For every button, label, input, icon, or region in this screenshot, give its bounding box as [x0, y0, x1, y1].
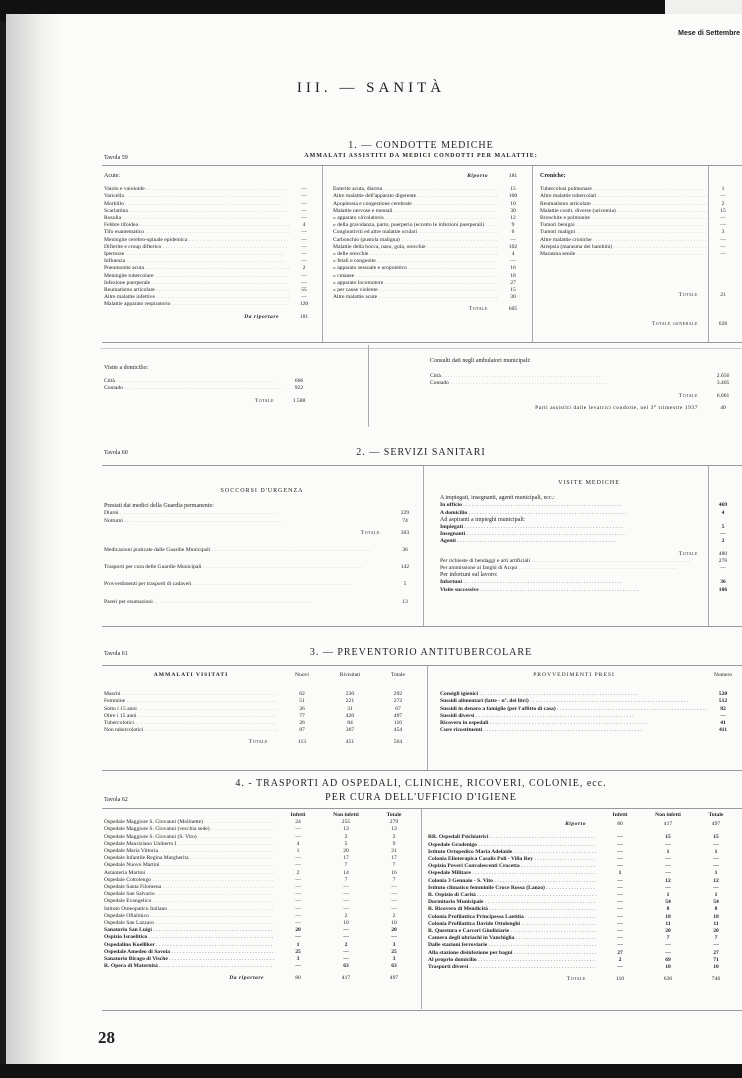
row-value: 9 — [498, 222, 528, 229]
total-value: 1.588 — [284, 398, 314, 405]
row-value: 5 — [708, 524, 738, 531]
row-label: Ospedale Militare — [428, 870, 596, 877]
total-row: Totale21 — [540, 292, 738, 299]
table-row: Maschi62230292 — [104, 691, 422, 698]
row-value: — — [708, 215, 738, 222]
table-row: Malattie apparato respiratorio120 — [104, 301, 319, 308]
emergency-aid: SOCCORSI D'URGENZAPrestati dai medici de… — [104, 488, 420, 606]
table-row: Sussidi alimentari (latte - nº. dei litr… — [440, 698, 738, 705]
row-value: — — [644, 870, 692, 877]
row-value: 62 — [278, 691, 326, 698]
row-value: — — [322, 956, 370, 963]
row-value: — — [596, 878, 644, 885]
row-value: 24 — [274, 819, 322, 826]
row-value: 7 — [322, 877, 370, 884]
table-row: Tumori maligni3 — [540, 229, 738, 236]
row-value: 10 — [644, 964, 692, 971]
row-value: 3 — [274, 956, 322, 963]
row-value: 469 — [708, 502, 738, 509]
table-row: Ospedale Maggiore S. Giovanni (S. Vito)—… — [104, 834, 418, 841]
row-value: 20 — [370, 927, 418, 934]
row-label: Ospedale Maggiore S. Giovanni (Molinette… — [104, 819, 274, 826]
row-value: 27 — [692, 950, 740, 957]
row-label: Diurni — [104, 510, 390, 517]
row-value: — — [596, 863, 644, 870]
section4-subtitle: PER CURA DELL'UFFICIO D'IGIENE — [100, 792, 742, 803]
table-row: Istituto climatico femminile Croce Rossa… — [428, 885, 740, 892]
table-row: » cutanee18 — [333, 273, 528, 280]
row-label: Malattie della bocca, naso, gola, orecch… — [333, 244, 498, 251]
row-value: 1 — [596, 870, 644, 877]
row-label: Marasma senile — [540, 251, 708, 258]
row-value: 12 — [692, 878, 740, 885]
row-value: 63 — [322, 963, 370, 970]
row-label: » della gravidanza, parto, puerperio (ec… — [333, 222, 498, 229]
row-label: Ospedale San Lazzaro — [104, 920, 274, 927]
row-label: Sussidi alimentari (latte - nº. dei litr… — [440, 698, 708, 705]
row-label: Malattie nervose e mentali — [333, 208, 498, 215]
row-value: — — [596, 942, 644, 949]
row-label: » delle orecchie — [333, 251, 498, 258]
row-value: 106 — [708, 587, 738, 594]
row-value: 13 — [390, 599, 420, 606]
row-value: 1 — [692, 870, 740, 877]
table-row: Agenti2 — [440, 538, 738, 545]
row-label: Cure ricostituenti — [440, 727, 708, 734]
table-row: Trasporti diversi—1010 — [428, 964, 740, 971]
measures-taken-table: PROVVEDIMENTI PRESINumeroConsigli igieni… — [440, 672, 738, 734]
table-row: Vaiolo e vaioloide— — [104, 186, 319, 193]
row-value: 7 — [692, 935, 740, 942]
section1-subtitle: AMMALATI ASSISTITI DA MEDICI CONDOTTI PE… — [100, 153, 742, 159]
table-row: Tumori benigni— — [540, 222, 738, 229]
row-value: — — [289, 251, 319, 258]
table-row: Colonia Profilattica Principessa Laetiti… — [428, 914, 740, 921]
table-heading: PROVVEDIMENTI PRESI — [440, 672, 708, 679]
row-label: Oltre i 15 anni — [104, 713, 278, 720]
tavola-59: Tavola 59 — [104, 155, 128, 161]
total-value: 40 — [708, 405, 738, 412]
row-value: 20 — [644, 928, 692, 935]
table-row: Sussidi diversi— — [440, 713, 738, 720]
table-row: Medicazioni praticate dalle Guardie Muni… — [104, 547, 420, 554]
row-value: 4 — [708, 510, 738, 517]
total-value: 746 — [692, 976, 740, 983]
row-value: — — [274, 862, 322, 869]
row-value: 15 — [498, 287, 528, 294]
table-row: Colonia Profilattica Davide Ottolenghi—1… — [428, 921, 740, 928]
row-label: Al proprio domicilio — [428, 957, 596, 964]
row-value: — — [289, 294, 319, 301]
table-row: » per cause violente15 — [333, 287, 528, 294]
row-label: Consigli igienici — [440, 691, 708, 698]
row-label: R. Ospizio di Carità — [428, 892, 596, 899]
total-value: 417 — [322, 975, 370, 982]
row-value: 41 — [708, 720, 738, 727]
row-value: 4 — [289, 222, 319, 229]
row-value: — — [644, 942, 692, 949]
row-label: Colonia Elioterapica Casalis Poli - Vill… — [428, 856, 596, 863]
row-value: 31 — [326, 706, 374, 713]
total-row: Totale1.588 — [104, 398, 314, 405]
table-header: InfettiNon infettiTotale — [104, 812, 418, 819]
table-row: Tubercolotici2684110 — [104, 720, 422, 727]
page-number: 28 — [98, 1028, 115, 1048]
row-label: Malattie apparato respiratorio — [104, 301, 289, 308]
table-row: Ipertosse— — [104, 251, 319, 258]
section2-title: 2. — SERVIZI SANITARI — [100, 447, 742, 458]
row-value: 15 — [692, 834, 740, 841]
total-value: 636 — [644, 976, 692, 983]
row-value: 27 — [596, 950, 644, 957]
row-value: 15 — [644, 834, 692, 841]
row-value: 102 — [498, 244, 528, 251]
row-label: Ospedalino Koelliker — [104, 942, 274, 949]
total-label: Totale — [430, 393, 708, 400]
row-value: — — [708, 531, 738, 538]
row-label: Ipertosse — [104, 251, 289, 258]
total-value: 21 — [708, 292, 738, 299]
row-value: — — [322, 927, 370, 934]
row-label: » per cause violente — [333, 287, 498, 294]
row-label: Colonia Profilattica Principessa Laetiti… — [428, 914, 596, 921]
total-row: Riporto80417497 — [428, 821, 740, 828]
total-value: 110 — [596, 976, 644, 983]
table-row: Ospizio Poveri Convalescenti Crocetta——— — [428, 863, 740, 870]
row-label: Pneumonite acuta — [104, 265, 289, 272]
row-label: Femmine — [104, 698, 278, 705]
row-label: » apparato sessuale e uropoietico — [333, 265, 498, 272]
table-row: Ospedale Mauriziano Umberto I459 — [104, 841, 418, 848]
visits-group2: Ad aspiranti a impieghi municipali: — [440, 517, 738, 524]
row-value: — — [322, 891, 370, 898]
row-value: 10 — [498, 201, 528, 208]
row-value: — — [596, 914, 644, 921]
table-row: Colonia 3 Gennaio - S. Vito—1212 — [428, 878, 740, 885]
row-value: 110 — [374, 720, 422, 727]
row-label: Altre malattie tubercolari — [540, 193, 708, 200]
row-value: — — [596, 842, 644, 849]
row-label: Ospedale Maggiore S. Giovanni (S. Vito) — [104, 834, 274, 841]
total-label: Da riportare — [104, 975, 274, 982]
column-header: Nuovi — [278, 672, 326, 679]
row-label: Contado — [430, 380, 708, 387]
table-row: Ospedale Maggiore S. Giovanni (Molinette… — [104, 819, 418, 826]
row-value: 10 — [322, 920, 370, 927]
total-value: 497 — [692, 821, 740, 828]
chronic-label: Croniche: — [540, 173, 738, 180]
total-value: 417 — [644, 821, 692, 828]
row-value: 30 — [498, 294, 528, 301]
table-row: Influenza— — [104, 258, 319, 265]
row-value: 1 — [644, 892, 692, 899]
row-label: R. Questura e Carceri Giudiziarie — [428, 928, 596, 935]
row-label: Ospedale Evangelico — [104, 898, 274, 905]
row-value: — — [708, 251, 738, 258]
total-value: 181 — [289, 314, 319, 321]
row-value: 230 — [326, 691, 374, 698]
table-row: Reumatismo articolare2 — [540, 201, 738, 208]
row-value: — — [596, 921, 644, 928]
row-label: Istituto Omeopatico Italiano — [104, 906, 274, 913]
table-row: Ospedale Cottolengo—77 — [104, 877, 418, 884]
row-value: 5 — [322, 841, 370, 848]
row-value: — — [370, 884, 418, 891]
row-label: Enterite acuta, diarrea — [333, 186, 498, 193]
row-label: Ospedale Nuovo Martini — [104, 862, 274, 869]
table-row: Dormitorio Municipale—5454 — [428, 899, 740, 906]
table-row: Altre malattie croniche— — [540, 237, 738, 244]
row-label: Tumori benigni — [540, 222, 708, 229]
spacer — [104, 812, 274, 819]
row-value: 367 — [326, 727, 374, 734]
transports-table-right: InfettiNon infettiTotaleRiporto80417497R… — [428, 812, 740, 983]
visits-group1: A impiegati, insegnanti, agenti municipa… — [440, 495, 738, 502]
row-label: » fetali e congenite — [333, 258, 498, 265]
row-value: — — [289, 273, 319, 280]
table-row: In ufficio469 — [440, 502, 738, 509]
row-value: 36 — [390, 547, 420, 554]
emergency-intro: Prestati dai medici della Guardia perman… — [104, 503, 420, 510]
row-value: 67 — [374, 706, 422, 713]
table-row: Dalle stazioni ferroviarie——— — [428, 942, 740, 949]
table-row: Infortuni36 — [440, 579, 738, 586]
row-label: Ospedale Infantile Regina Margherita — [104, 855, 274, 862]
row-label: Apoplessia e congestione cerebrale — [333, 201, 498, 208]
total-row: Totale generale628 — [540, 321, 738, 328]
table-header: PROVVEDIMENTI PRESINumero — [440, 672, 738, 679]
table-row: » fetali e congenite— — [333, 258, 528, 265]
row-label: Carbonchio (pustola maligna) — [333, 237, 498, 244]
table-row: Sussidi in denaro a famiglie (per l'affi… — [440, 706, 738, 713]
row-value: — — [274, 884, 322, 891]
row-label: Ricovero in ospedali — [440, 720, 708, 727]
row-value: 1 — [644, 849, 692, 856]
table-row: Rosolia— — [104, 215, 319, 222]
row-label: In ufficio — [440, 502, 708, 509]
visits-heading: VISITE MEDICHE — [440, 480, 738, 487]
row-value: — — [708, 565, 738, 572]
table-row: Carbonchio (pustola maligna)— — [333, 237, 528, 244]
transports-table-left: InfettiNon infettiTotaleOspedale Maggior… — [104, 812, 418, 983]
total-label: Riporto — [428, 821, 596, 828]
row-label: Atrepsia (marasma dei bambini) — [540, 244, 708, 251]
table-row: Ospedale Amedeo di Savoia25—25 — [104, 949, 418, 956]
row-label: Non tubercolotici — [104, 727, 278, 734]
table-row: Altre malattie infettive— — [104, 294, 319, 301]
table-row: A domicilio4 — [440, 510, 738, 517]
row-value: — — [322, 934, 370, 941]
row-label: Influenza — [104, 258, 289, 265]
row-value: — — [370, 934, 418, 941]
row-value: 10 — [370, 920, 418, 927]
table-row: Astanteria Martini21416 — [104, 870, 418, 877]
row-label: R. Ricovero di Mendicità — [428, 906, 596, 913]
row-value: — — [274, 855, 322, 862]
table-row: Morbillo— — [104, 201, 319, 208]
row-value: — — [274, 826, 322, 833]
row-value: — — [596, 899, 644, 906]
total-row: Totale6.061 — [430, 393, 738, 400]
table-row: Altre malattie tubercolari— — [540, 193, 738, 200]
row-label: Medicazioni praticate dalle Guardie Muni… — [104, 547, 390, 554]
row-value: — — [289, 258, 319, 265]
section1-title: 1. — CONDOTTE MEDICHE — [100, 140, 742, 151]
row-label: Altre malattie acute — [333, 294, 498, 301]
chronic-diseases-list: Croniche: Tubercolosi polmonare1Altre ma… — [540, 173, 738, 329]
table-row: Trasporti per cura delle Guardie Municip… — [104, 564, 420, 571]
row-label: Rosolia — [104, 215, 289, 222]
row-label: » apparato locomotore — [333, 280, 498, 287]
column-header: Totale — [370, 812, 418, 819]
column-header: Totale — [692, 812, 740, 819]
row-value: 7 — [370, 862, 418, 869]
row-label: Notturni — [104, 518, 390, 525]
row-label: Camera degli ubriachi in Vanchiglia — [428, 935, 596, 942]
row-value: 20 — [274, 927, 322, 934]
row-label: Difterite e croup difterico — [104, 244, 289, 251]
row-value: — — [274, 920, 322, 927]
row-label: Insegnanti — [440, 531, 708, 538]
row-value: — — [708, 237, 738, 244]
table-row: » delle orecchie4 — [333, 251, 528, 258]
diseases-list-continued: Riporto181Enterite acuta, diarrea15Altre… — [333, 173, 528, 314]
row-label: Febbre tifoidea — [104, 222, 289, 229]
table-row: Colonia Elioterapica Casalis Poli - Vill… — [428, 856, 740, 863]
row-value: — — [289, 237, 319, 244]
row-value: 3.405 — [708, 380, 738, 387]
table-row: Ospedale Nuovo Martini—77 — [104, 862, 418, 869]
row-label: A domicilio — [440, 510, 708, 517]
row-label: Agenti — [440, 538, 708, 545]
row-value: — — [289, 208, 319, 215]
row-value: — — [596, 964, 644, 971]
column-header: Totale — [374, 672, 422, 679]
row-value: — — [274, 877, 322, 884]
table-row: Non tubercolotici87367454 — [104, 727, 422, 734]
row-label: Colonia Profilattica Davide Ottolenghi — [428, 921, 596, 928]
table-row: Meningite tubercolare— — [104, 273, 319, 280]
table-row: Contado3.405 — [430, 380, 738, 387]
row-value: 1 — [274, 848, 322, 855]
row-value: 411 — [708, 727, 738, 734]
row-value: 12 — [644, 878, 692, 885]
table-row: Città2.656 — [430, 373, 738, 380]
row-value: 272 — [374, 698, 422, 705]
row-value: 25 — [370, 949, 418, 956]
row-value: 2 — [596, 957, 644, 964]
table-row: Ospedale San Salvario——— — [104, 891, 418, 898]
row-value: 74 — [390, 518, 420, 525]
row-value: 229 — [390, 510, 420, 517]
row-value: 5 — [390, 581, 420, 588]
row-value: 36 — [708, 579, 738, 586]
row-label: Tumori maligni — [540, 229, 708, 236]
row-label: Contado — [104, 385, 284, 392]
table-row: R. Ospizio di Carità—11 — [428, 892, 740, 899]
row-value: — — [596, 935, 644, 942]
row-label: Vaiolo e vaioloide — [104, 186, 289, 193]
table-row: Pneumonite acuta2 — [104, 265, 319, 272]
row-value: — — [692, 842, 740, 849]
table-row: Scarlattina— — [104, 208, 319, 215]
row-value: 20 — [322, 848, 370, 855]
table-header: InfettiNon infettiTotale — [428, 812, 740, 819]
table-row: Ospedale San Lazzaro—1010 — [104, 920, 418, 927]
row-value: 2 — [708, 538, 738, 545]
row-value: 12 — [498, 215, 528, 222]
section3-title: 3. — PREVENTORIO ANTITUBERCOLARE — [100, 647, 742, 658]
row-value: 292 — [374, 691, 422, 698]
row-value: 7 — [322, 862, 370, 869]
total-label: Totale generale — [540, 321, 708, 328]
table-row: RR. Ospedali Psichiatrici—1515 — [428, 834, 740, 841]
row-value: 14 — [322, 870, 370, 877]
table-row: Ospedale Militare1—1 — [428, 870, 740, 877]
row-label: » cutanee — [333, 273, 498, 280]
row-value: 1 — [692, 892, 740, 899]
row-label: Congiuntiviti ed altre malattie oculari — [333, 229, 498, 236]
row-value: — — [498, 258, 528, 265]
row-value: — — [370, 898, 418, 905]
column-header: Non infetti — [322, 812, 370, 819]
table-row: Malattie della bocca, naso, gola, orecch… — [333, 244, 528, 251]
row-value: 2 — [322, 913, 370, 920]
row-value: 71 — [692, 957, 740, 964]
table-row: Consigli igienici520 — [440, 691, 738, 698]
row-label: Ospedale Gradenigo — [428, 842, 596, 849]
row-value: — — [370, 891, 418, 898]
column-header: Numero — [708, 672, 738, 679]
table-row: Sotto i 15 anni363167 — [104, 706, 422, 713]
row-value: 255 — [322, 819, 370, 826]
row-value: 4 — [274, 841, 322, 848]
total-value: 80 — [274, 975, 322, 982]
total-label: Riporto — [333, 173, 498, 180]
visits-group3: Per infortuni sul lavoro: — [440, 572, 738, 579]
row-label: Meningite cerebro-spinale epidemica — [104, 237, 289, 244]
row-value: — — [274, 898, 322, 905]
row-label: Altre malattie infettive — [104, 294, 289, 301]
row-label: R. Opera di Maternità — [104, 963, 274, 970]
row-value: 16 — [370, 870, 418, 877]
row-label: Dalle stazioni ferroviarie — [428, 942, 596, 949]
row-value: 512 — [708, 698, 738, 705]
table-row: Apoplessia e congestione cerebrale10 — [333, 201, 528, 208]
total-row: Totale113451564 — [104, 739, 422, 746]
row-value: 26 — [278, 720, 326, 727]
row-label: Ospedale Cottolengo — [104, 877, 274, 884]
total-label: Totale — [540, 292, 708, 299]
row-label: Alla stazione disinfezione per bagni — [428, 950, 596, 957]
row-value: — — [498, 237, 528, 244]
table-row: » apparato locomotore27 — [333, 280, 528, 287]
row-value: 2 — [708, 201, 738, 208]
table-header: AMMALATI VISITATINuoviRivisitatiTotale — [104, 672, 422, 679]
table-row: Istituto Ortopedico Maria Adelaide—11 — [428, 849, 740, 856]
row-value: — — [596, 906, 644, 913]
row-label: Maschi — [104, 691, 278, 698]
row-label: Ospizio Poveri Convalescenti Crocetta — [428, 863, 596, 870]
row-label: Trasporti per cura delle Guardie Municip… — [104, 564, 390, 571]
row-value: — — [274, 934, 322, 941]
row-label: Ospedale San Salvario — [104, 891, 274, 898]
row-value: 2 — [274, 870, 322, 877]
row-label: Impiegati — [440, 524, 708, 531]
row-value: 21 — [370, 848, 418, 855]
total-label: Totale — [104, 530, 390, 537]
table-row: Enterite acuta, diarrea15 — [333, 186, 528, 193]
